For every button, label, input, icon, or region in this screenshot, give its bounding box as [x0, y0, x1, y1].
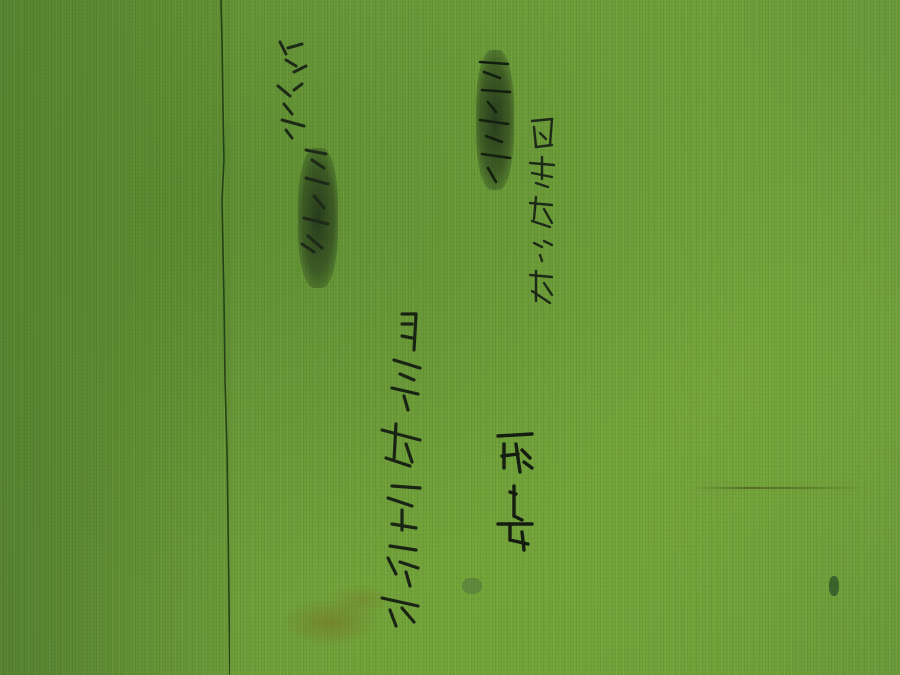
calligraphy-strokes: [488, 428, 538, 553]
inscription-top-left: Short ink inscription (upper-left of rig…: [262, 38, 342, 258]
calligraphy-strokes: [522, 115, 562, 310]
faint-mark: [462, 578, 482, 594]
silk-textile-photo: Short ink inscription (upper-left of rig…: [0, 0, 900, 675]
calligraphy-strokes: [470, 50, 520, 190]
inscription-center-long: Long ink inscription column (center): [372, 310, 432, 630]
calligraphy-strokes: [372, 310, 432, 630]
dark-spot: [829, 576, 839, 596]
left-fabric-panel: [0, 0, 232, 675]
calligraphy-strokes: [262, 38, 342, 258]
inscription-right-column: Ink inscription column (right of smudge): [522, 115, 562, 310]
inscription-center-short: Short ink inscription (lower center): [488, 428, 538, 553]
fabric-crease: [690, 487, 870, 489]
inscription-smudged: Smudged ink inscription (upper-right): [470, 50, 520, 190]
fabric-seam: [222, 0, 225, 675]
